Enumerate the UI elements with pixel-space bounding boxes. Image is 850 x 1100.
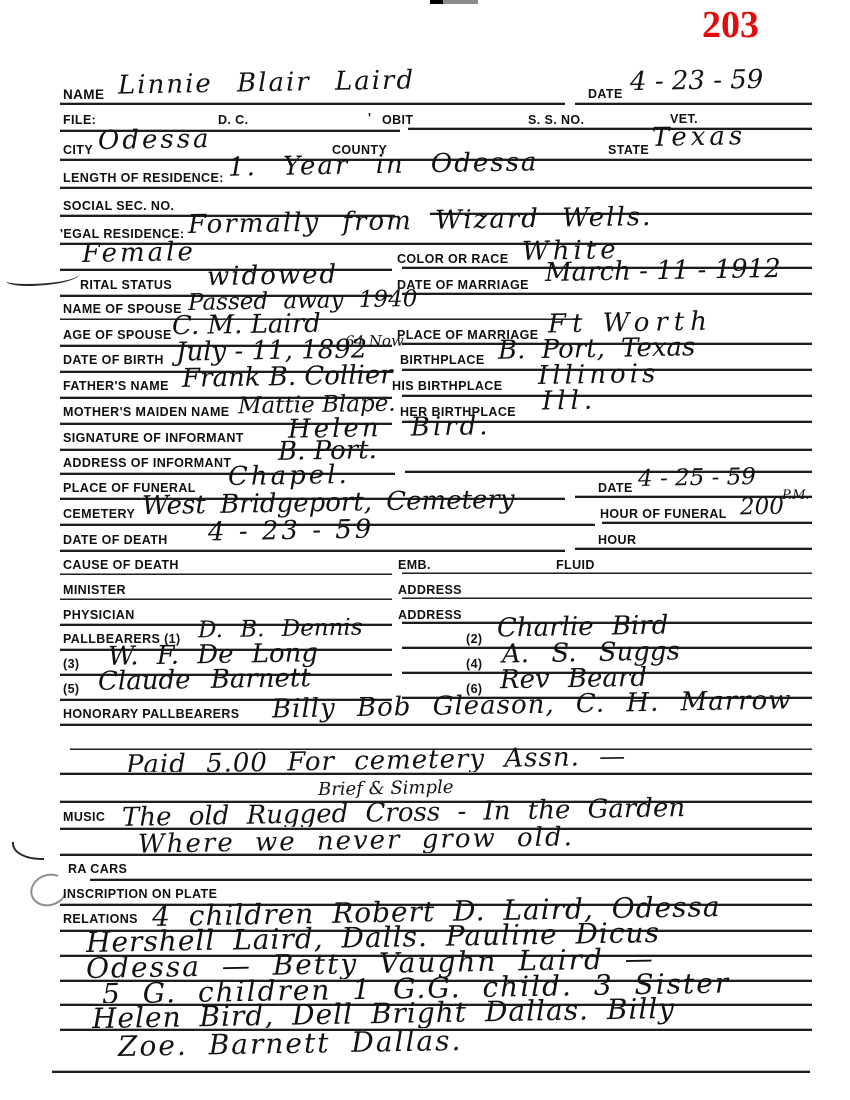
his-birthplace-value: Illinois: [538, 361, 660, 389]
hour-of-funeral-suffix: P.M.: [782, 488, 810, 503]
rule: [575, 102, 812, 105]
relations-line-6: Zoe. Barnett Dallas.: [118, 1027, 463, 1061]
rule: [402, 292, 812, 295]
obit-label: OBIT: [382, 113, 413, 127]
city-label: CITY: [63, 143, 93, 157]
date-of-death-value: 4 - 23 - 59: [208, 517, 375, 546]
obit-tick: ': [368, 111, 371, 125]
sex-value: Female: [82, 239, 196, 267]
rule: [90, 878, 812, 881]
rule: [60, 598, 392, 600]
her-birthplace-value: Ill.: [542, 388, 598, 415]
date-top-label: DATE: [588, 87, 623, 101]
cemetery-label: CEMETERY: [63, 507, 135, 521]
rule: [60, 853, 812, 856]
rule: [402, 572, 812, 574]
date-of-birth-label: DATE OF BIRTH: [63, 353, 164, 367]
honorary-pallbearers-label: HONORARY PALLBEARERS: [63, 707, 240, 721]
mothers-maiden-name-label: MOTHER'S MAIDEN NAME: [63, 405, 230, 419]
file-label: FILE:: [63, 113, 96, 127]
extra-cars-label: RA CARS: [68, 862, 127, 876]
pallbearer-2-label: (2): [466, 632, 482, 646]
length-of-residence-label: LENGTH OF RESIDENCE:: [63, 171, 224, 185]
fathers-name-label: FATHER'S NAME: [63, 379, 169, 393]
age-of-spouse-label: AGE OF SPOUSE: [63, 328, 172, 342]
emb-label: EMB.: [398, 558, 431, 572]
fluid-label: FLUID: [556, 558, 595, 572]
rule: [60, 549, 565, 552]
honorary-pallbearers-value: Billy Bob Gleason, C. H. Marrow: [272, 687, 792, 722]
rule: [602, 521, 812, 524]
pallbearer-4-label: (4): [466, 657, 482, 671]
marital-status-value: widowed: [207, 262, 339, 290]
marital-status-label: RITAL STATUS: [80, 278, 172, 292]
fathers-name-value: Frank B. Collier: [182, 362, 393, 392]
hour-of-funeral-value: 200: [740, 496, 784, 520]
address-of-informant-label: ADDRESS OF INFORMANT: [63, 456, 231, 470]
rule: [60, 448, 812, 451]
place-of-funeral-value: Chapel.: [228, 462, 350, 490]
length-of-residence-value: 1. Year in Odessa: [228, 149, 539, 180]
city-value: Odessa: [98, 126, 212, 154]
rule: [402, 394, 812, 397]
rule: [60, 102, 565, 105]
date-of-marriage-value: March - 11 - 1912: [545, 256, 781, 286]
pallbearer-5-label: (5): [63, 682, 79, 696]
page-number: 203: [702, 6, 759, 44]
rule: [60, 723, 812, 726]
funeral-date-label: DATE: [598, 481, 633, 495]
color-or-race-label: COLOR OR RACE: [397, 252, 508, 266]
name-value: Linnie Blair Laird: [118, 67, 416, 98]
funeral-record-page: 203 NAME Linnie Blair Laird DATE 4 - 23 …: [0, 0, 850, 1100]
social-sec-no-label: SOCIAL SEC. NO.: [63, 199, 174, 213]
relations-label: RELATIONS: [63, 912, 138, 926]
music-label: MUSIC: [63, 810, 105, 824]
scan-artifact-bar: [430, 0, 478, 4]
hour-label: HOUR: [598, 533, 636, 547]
pallbearer-3-label: (3): [63, 657, 79, 671]
scan-artifact-hook: [12, 842, 44, 860]
dc-label: D. C.: [218, 113, 248, 127]
name-of-spouse-label: NAME OF SPOUSE: [63, 302, 182, 316]
style-note: Brief & Simple: [318, 779, 454, 799]
pallbearer-5-value: Claude Barnett: [98, 665, 311, 695]
minister-address-label: ADDRESS: [398, 583, 462, 597]
legal-residence-value: Formally from Wizard Wells.: [188, 204, 653, 238]
rule: [52, 1070, 810, 1073]
funeral-date-value: 4 - 25 - 59: [638, 466, 756, 491]
ssno-label: S. S. NO.: [528, 113, 584, 127]
rule: [402, 597, 812, 599]
state-value: Texas: [652, 123, 747, 151]
state-label: STATE: [608, 143, 649, 157]
rule: [60, 573, 392, 575]
physician-label: PHYSICIAN: [63, 608, 135, 622]
age-now-annotation: 64 Now: [345, 333, 404, 349]
rule: [60, 186, 812, 189]
his-birthplace-label: HIS BIRTHPLACE: [392, 379, 502, 393]
rule: [408, 127, 812, 130]
date-of-death-label: DATE OF DEATH: [63, 533, 168, 547]
rule: [575, 547, 812, 550]
birthplace-label: BIRTHPLACE: [400, 353, 485, 367]
date-top-value: 4 - 23 - 59: [630, 67, 764, 95]
name-label: NAME: [63, 87, 104, 102]
rule: [60, 772, 812, 775]
scan-artifact-swoosh: [6, 268, 80, 286]
hour-of-funeral-label: HOUR OF FUNERAL: [600, 507, 727, 521]
minister-label: MINISTER: [63, 583, 126, 597]
cause-of-death-label: CAUSE OF DEATH: [63, 558, 179, 572]
signature-of-informant-label: SIGNATURE OF INFORMANT: [63, 431, 244, 445]
physician-address-label: ADDRESS: [398, 608, 462, 622]
